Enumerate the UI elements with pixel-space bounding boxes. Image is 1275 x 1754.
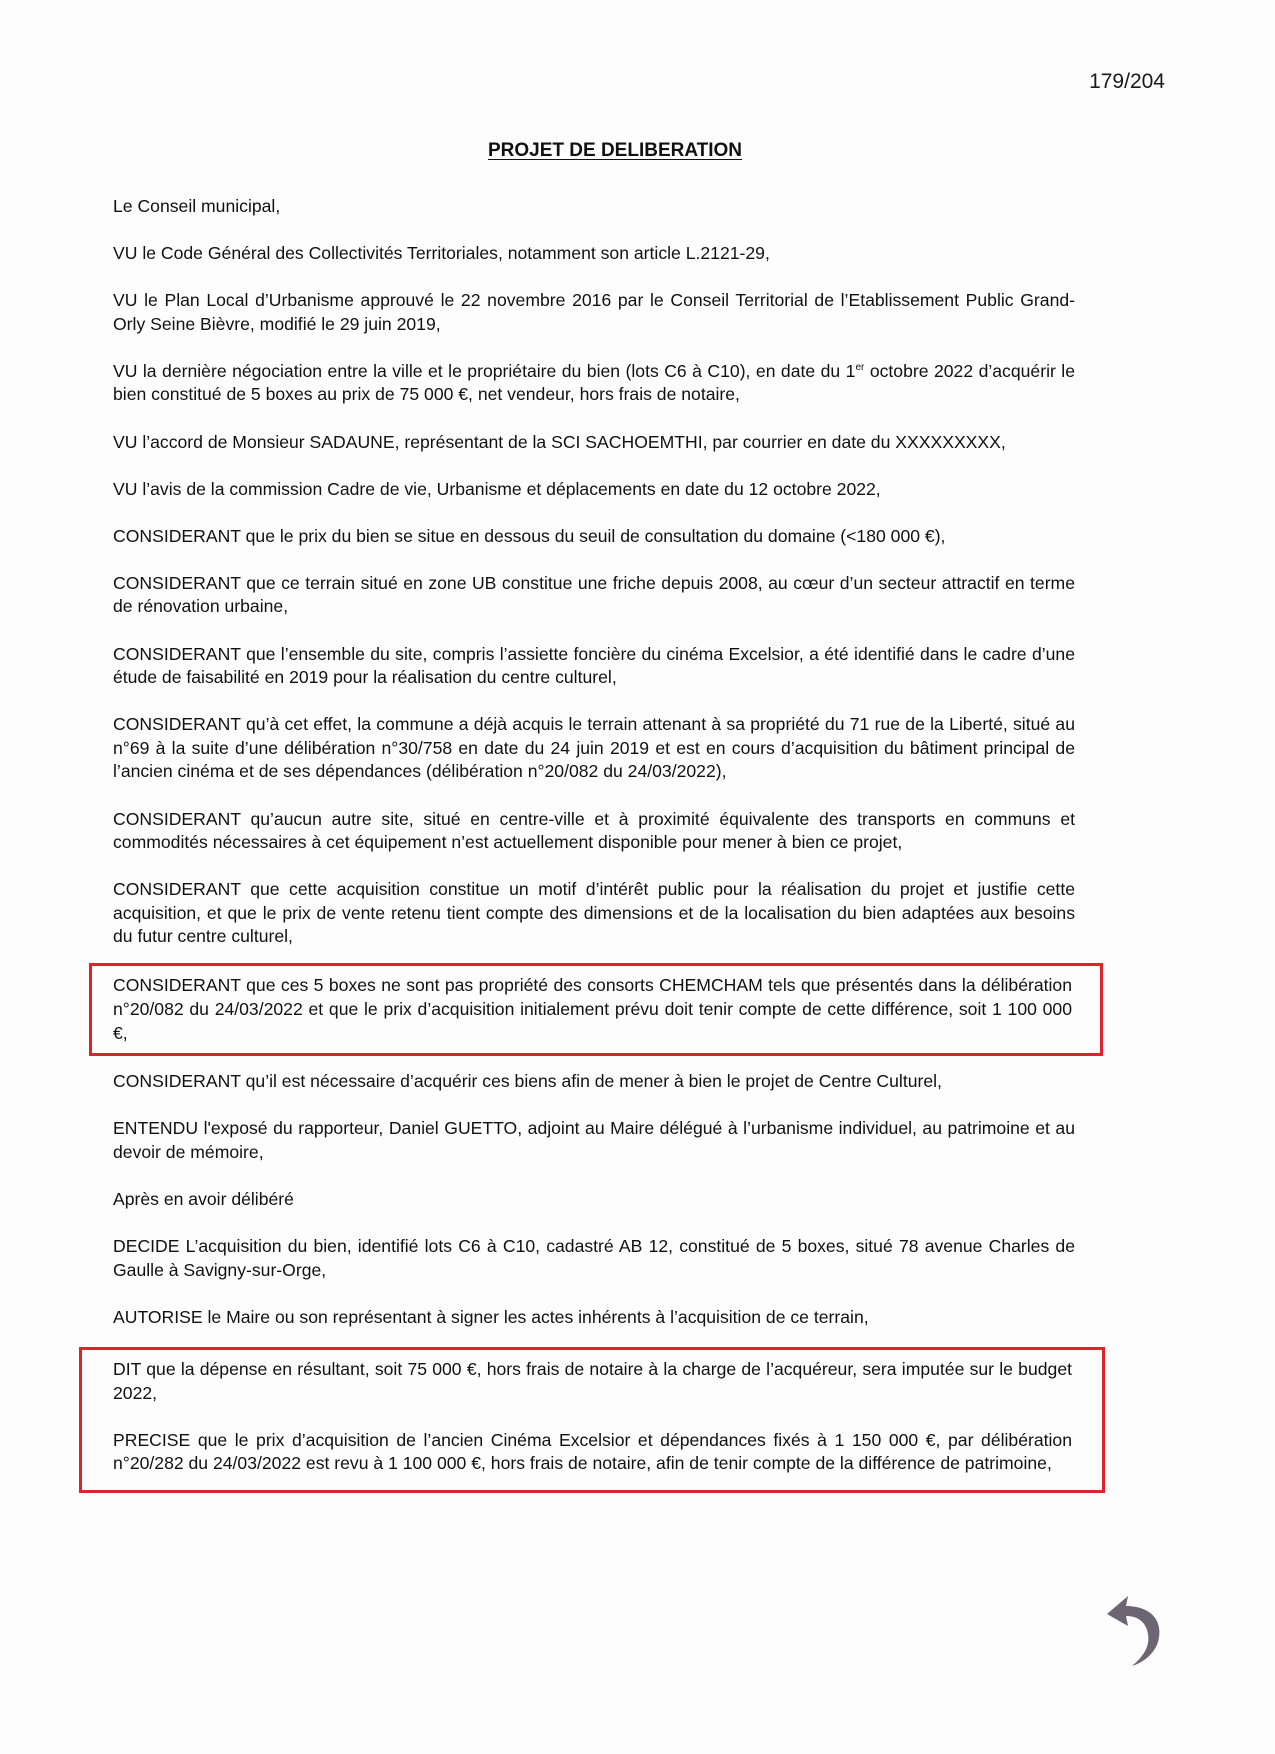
vu-paragraph-accord: VU l’accord de Monsieur SADAUNE, représe… [113,431,1075,455]
document-body: Le Conseil municipal, VU le Code Général… [113,195,1075,1507]
apres-delibere: Après en avoir délibéré [113,1188,1075,1212]
vu-paragraph-cgct: VU le Code Général des Collectivités Ter… [113,242,1075,266]
page-number: 179/204 [1089,70,1165,94]
considerant-aucun-autre-site: CONSIDERANT qu’aucun autre site, situé e… [113,808,1075,855]
vu-paragraph-plu: VU le Plan Local d’Urbanisme approuvé le… [113,289,1075,336]
entendu-rapporteur: ENTENDU l'exposé du rapporteur, Daniel G… [113,1117,1075,1164]
considerant-terrain-attenant: CONSIDERANT qu’à cet effet, la commune a… [113,713,1075,784]
precise-prix-revu: PRECISE que le prix d’acquisition de l’a… [113,1429,1072,1476]
highlight-box-depense: DIT que la dépense en résultant, soit 75… [79,1347,1105,1493]
decide-acquisition: DECIDE L’acquisition du bien, identifié … [113,1235,1075,1282]
considerant-interet-public: CONSIDERANT que cette acquisition consti… [113,878,1075,949]
document-page: 179/204 PROJET DE DELIBERATION Le Consei… [0,0,1275,1754]
salutation: Le Conseil municipal, [113,195,1075,219]
considerant-necessaire: CONSIDERANT qu’il est nécessaire d’acqué… [113,1070,1075,1094]
considerant-friche: CONSIDERANT que ce terrain situé en zone… [113,572,1075,619]
highlight-box-chemcham: CONSIDERANT que ces 5 boxes ne sont pas … [89,963,1103,1056]
negociation-text-start: VU la dernière négociation entre la vill… [113,361,855,381]
autorise-maire: AUTORISE le Maire ou son représentant à … [113,1306,1075,1330]
return-arrow-icon [1102,1592,1182,1672]
considerant-boxes-chemcham: CONSIDERANT que ces 5 boxes ne sont pas … [113,974,1072,1045]
document-title: PROJET DE DELIBERATION [0,140,1230,162]
considerant-ensemble-site: CONSIDERANT que l’ensemble du site, comp… [113,643,1075,690]
vu-paragraph-commission: VU l’avis de la commission Cadre de vie,… [113,478,1075,502]
considerant-prix-seuil: CONSIDERANT que le prix du bien se situe… [113,525,1075,549]
vu-paragraph-negociation: VU la dernière négociation entre la vill… [113,360,1075,407]
dit-depense: DIT que la dépense en résultant, soit 75… [113,1358,1072,1405]
